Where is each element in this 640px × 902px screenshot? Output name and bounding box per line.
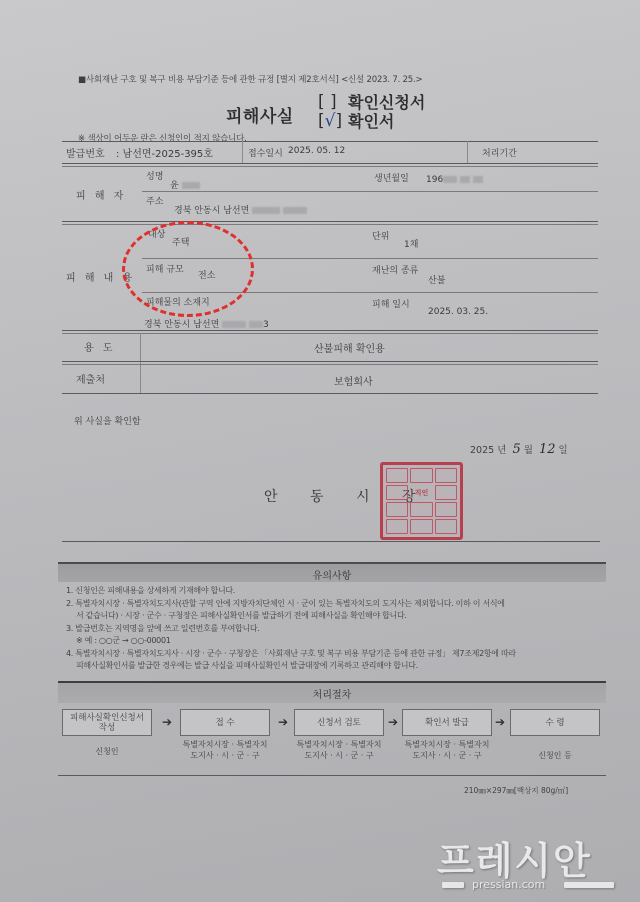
note-item: 2. 특별자치시장 · 특별자치도지사(관할 구역 안에 지방자치단체인 시 ·… bbox=[66, 598, 606, 611]
notes-section: 유의사항 1. 신청인은 피해내용을 상세하게 기재해야 합니다. 2. 특별자… bbox=[58, 562, 606, 673]
procedure-step: 피해사실확인신청서 작성 신청인 bbox=[62, 709, 152, 757]
redacted-block bbox=[182, 182, 200, 189]
receipt-date-label: 접수일시 bbox=[248, 146, 283, 159]
notes-list: 1. 신청인은 피해내용을 상세하게 기재해야 합니다. 2. 특별자치시장 ·… bbox=[58, 585, 606, 673]
location-value: 경북 안동시 남선면 3 bbox=[144, 317, 269, 330]
procedure-flow: 피해사실확인신청서 작성 신청인 ➔ 접 수 특별자치시장 · 특별자치도지사 … bbox=[62, 709, 604, 789]
target-value: 주택 bbox=[172, 235, 189, 248]
issue-number-value: : 남선면-2025-395호 bbox=[116, 145, 213, 160]
document-photo: ■사회재난 구호 및 복구 비용 부담기준 등에 관한 규정 [별지 제2호서식… bbox=[0, 0, 640, 902]
divider bbox=[62, 541, 600, 542]
watermark-brand: 프레시안 bbox=[437, 830, 592, 885]
notes-header: 유의사항 bbox=[58, 562, 606, 582]
note-item: 4. 특별자치시장 · 특별자치도지사 · 시장 · 군수 · 구청장은 「사회… bbox=[66, 648, 606, 661]
note-item: 3. 발급번호는 지역명을 앞에 쓰고 일련번호를 부여합니다. bbox=[66, 623, 606, 636]
title-options: [ ] 확인신청서 [√] 확인서 bbox=[318, 92, 425, 130]
arrow-right-icon: ➔ bbox=[388, 715, 398, 729]
note-item: 서 같습니다) · 시장 · 군수 · 구청장은 피해사실확인서를 발급하기 전… bbox=[66, 610, 606, 623]
location-label: 피해물의 소재지 bbox=[146, 295, 210, 308]
disaster-type-value: 산불 bbox=[428, 273, 445, 286]
legal-reference: ■사회재난 구호 및 복구 비용 부담기준 등에 관한 규정 [별지 제2호서식… bbox=[78, 73, 422, 85]
option-certificate: [√] 확인서 bbox=[318, 111, 425, 130]
note-item: ※ 예 : ○○군 → ○○-00001 bbox=[66, 635, 606, 648]
unit-label: 단위 bbox=[372, 229, 389, 242]
title-main: 피해사실 bbox=[226, 102, 294, 127]
issue-number-label: 발급번호 bbox=[66, 145, 105, 160]
handwritten-month: 5 bbox=[512, 442, 520, 457]
procedure-step: 수 령 신청인 등 bbox=[510, 709, 600, 761]
target-label: 대상 bbox=[148, 227, 165, 240]
damage-date-value: 2025. 03. 25. bbox=[428, 307, 488, 317]
damage-section-label: 피 해 내 용 bbox=[66, 269, 135, 284]
document-title: 피해사실 [ ] 확인신청서 [√] 확인서 bbox=[226, 92, 526, 134]
procedure-step: 접 수 특별자치시장 · 특별자치도지사 · 시 · 군 · 구 bbox=[180, 709, 270, 761]
name-label: 성명 bbox=[146, 169, 163, 182]
purpose-label: 용 도 bbox=[84, 339, 116, 354]
checkmark-icon: √ bbox=[325, 111, 336, 131]
scale-label: 피해 규모 bbox=[146, 262, 184, 275]
procedure-bottom-line bbox=[58, 775, 606, 776]
purpose-value: 산불피해 확인용 bbox=[314, 340, 385, 355]
issue-date: 2025 년 5월 12일 bbox=[470, 442, 568, 457]
submit-to-label: 제출처 bbox=[76, 371, 105, 386]
damage-date-label: 피해 일시 bbox=[372, 297, 410, 310]
official-seal-stamp: 직인 bbox=[380, 462, 463, 540]
pressian-watermark-logo: 프레시안 pressian.com bbox=[437, 830, 627, 896]
victim-section-label: 피 해 자 bbox=[76, 187, 126, 202]
name-value: 윤 bbox=[170, 178, 200, 191]
address-value: 경북 안동시 남선면 bbox=[174, 203, 307, 216]
seal-center-text: 직인 bbox=[410, 485, 432, 500]
dark-field-note: ※ 색상이 어두운 란은 신청인이 적지 않습니다. bbox=[78, 132, 247, 144]
birth-value: 196 bbox=[426, 175, 483, 185]
confirmation-text: 위 사실을 확인함 bbox=[74, 414, 141, 427]
arrow-right-icon: ➔ bbox=[162, 715, 172, 729]
procedure-step: 신청서 검토 특별자치시장 · 특별자치도지사 · 시 · 군 · 구 bbox=[294, 709, 384, 761]
watermark-site: pressian.com bbox=[472, 878, 545, 891]
birth-label: 생년월일 bbox=[374, 171, 409, 184]
address-label: 주소 bbox=[146, 194, 163, 207]
submit-to-value: 보험회사 bbox=[334, 373, 373, 388]
processing-period-label: 처리기간 bbox=[482, 146, 517, 159]
receipt-date-value: 2025. 05. 12 bbox=[288, 146, 345, 156]
checkbox-application: [ ] bbox=[318, 92, 348, 112]
handwritten-day: 12 bbox=[539, 442, 556, 457]
paper-spec: 210㎜×297㎜[백상지 80g/㎡] bbox=[464, 785, 568, 796]
procedure-header: 처리절차 bbox=[58, 681, 606, 703]
note-item: 피해사실확인서를 발급한 경우에는 발급 사실을 피해사실확인서 발급대장에 기… bbox=[66, 660, 606, 673]
arrow-right-icon: ➔ bbox=[495, 715, 505, 729]
disaster-type-label: 재난의 종류 bbox=[372, 263, 418, 276]
unit-value: 1채 bbox=[404, 237, 418, 250]
checkbox-certificate: [√] bbox=[318, 111, 348, 131]
scale-value: 전소 bbox=[198, 268, 215, 281]
arrow-right-icon: ➔ bbox=[278, 715, 288, 729]
note-item: 1. 신청인은 피해내용을 상세하게 기재해야 합니다. bbox=[66, 585, 606, 598]
procedure-step: 확인서 발급 특별자치시장 · 특별자치도지사 · 시 · 군 · 구 bbox=[402, 709, 492, 761]
